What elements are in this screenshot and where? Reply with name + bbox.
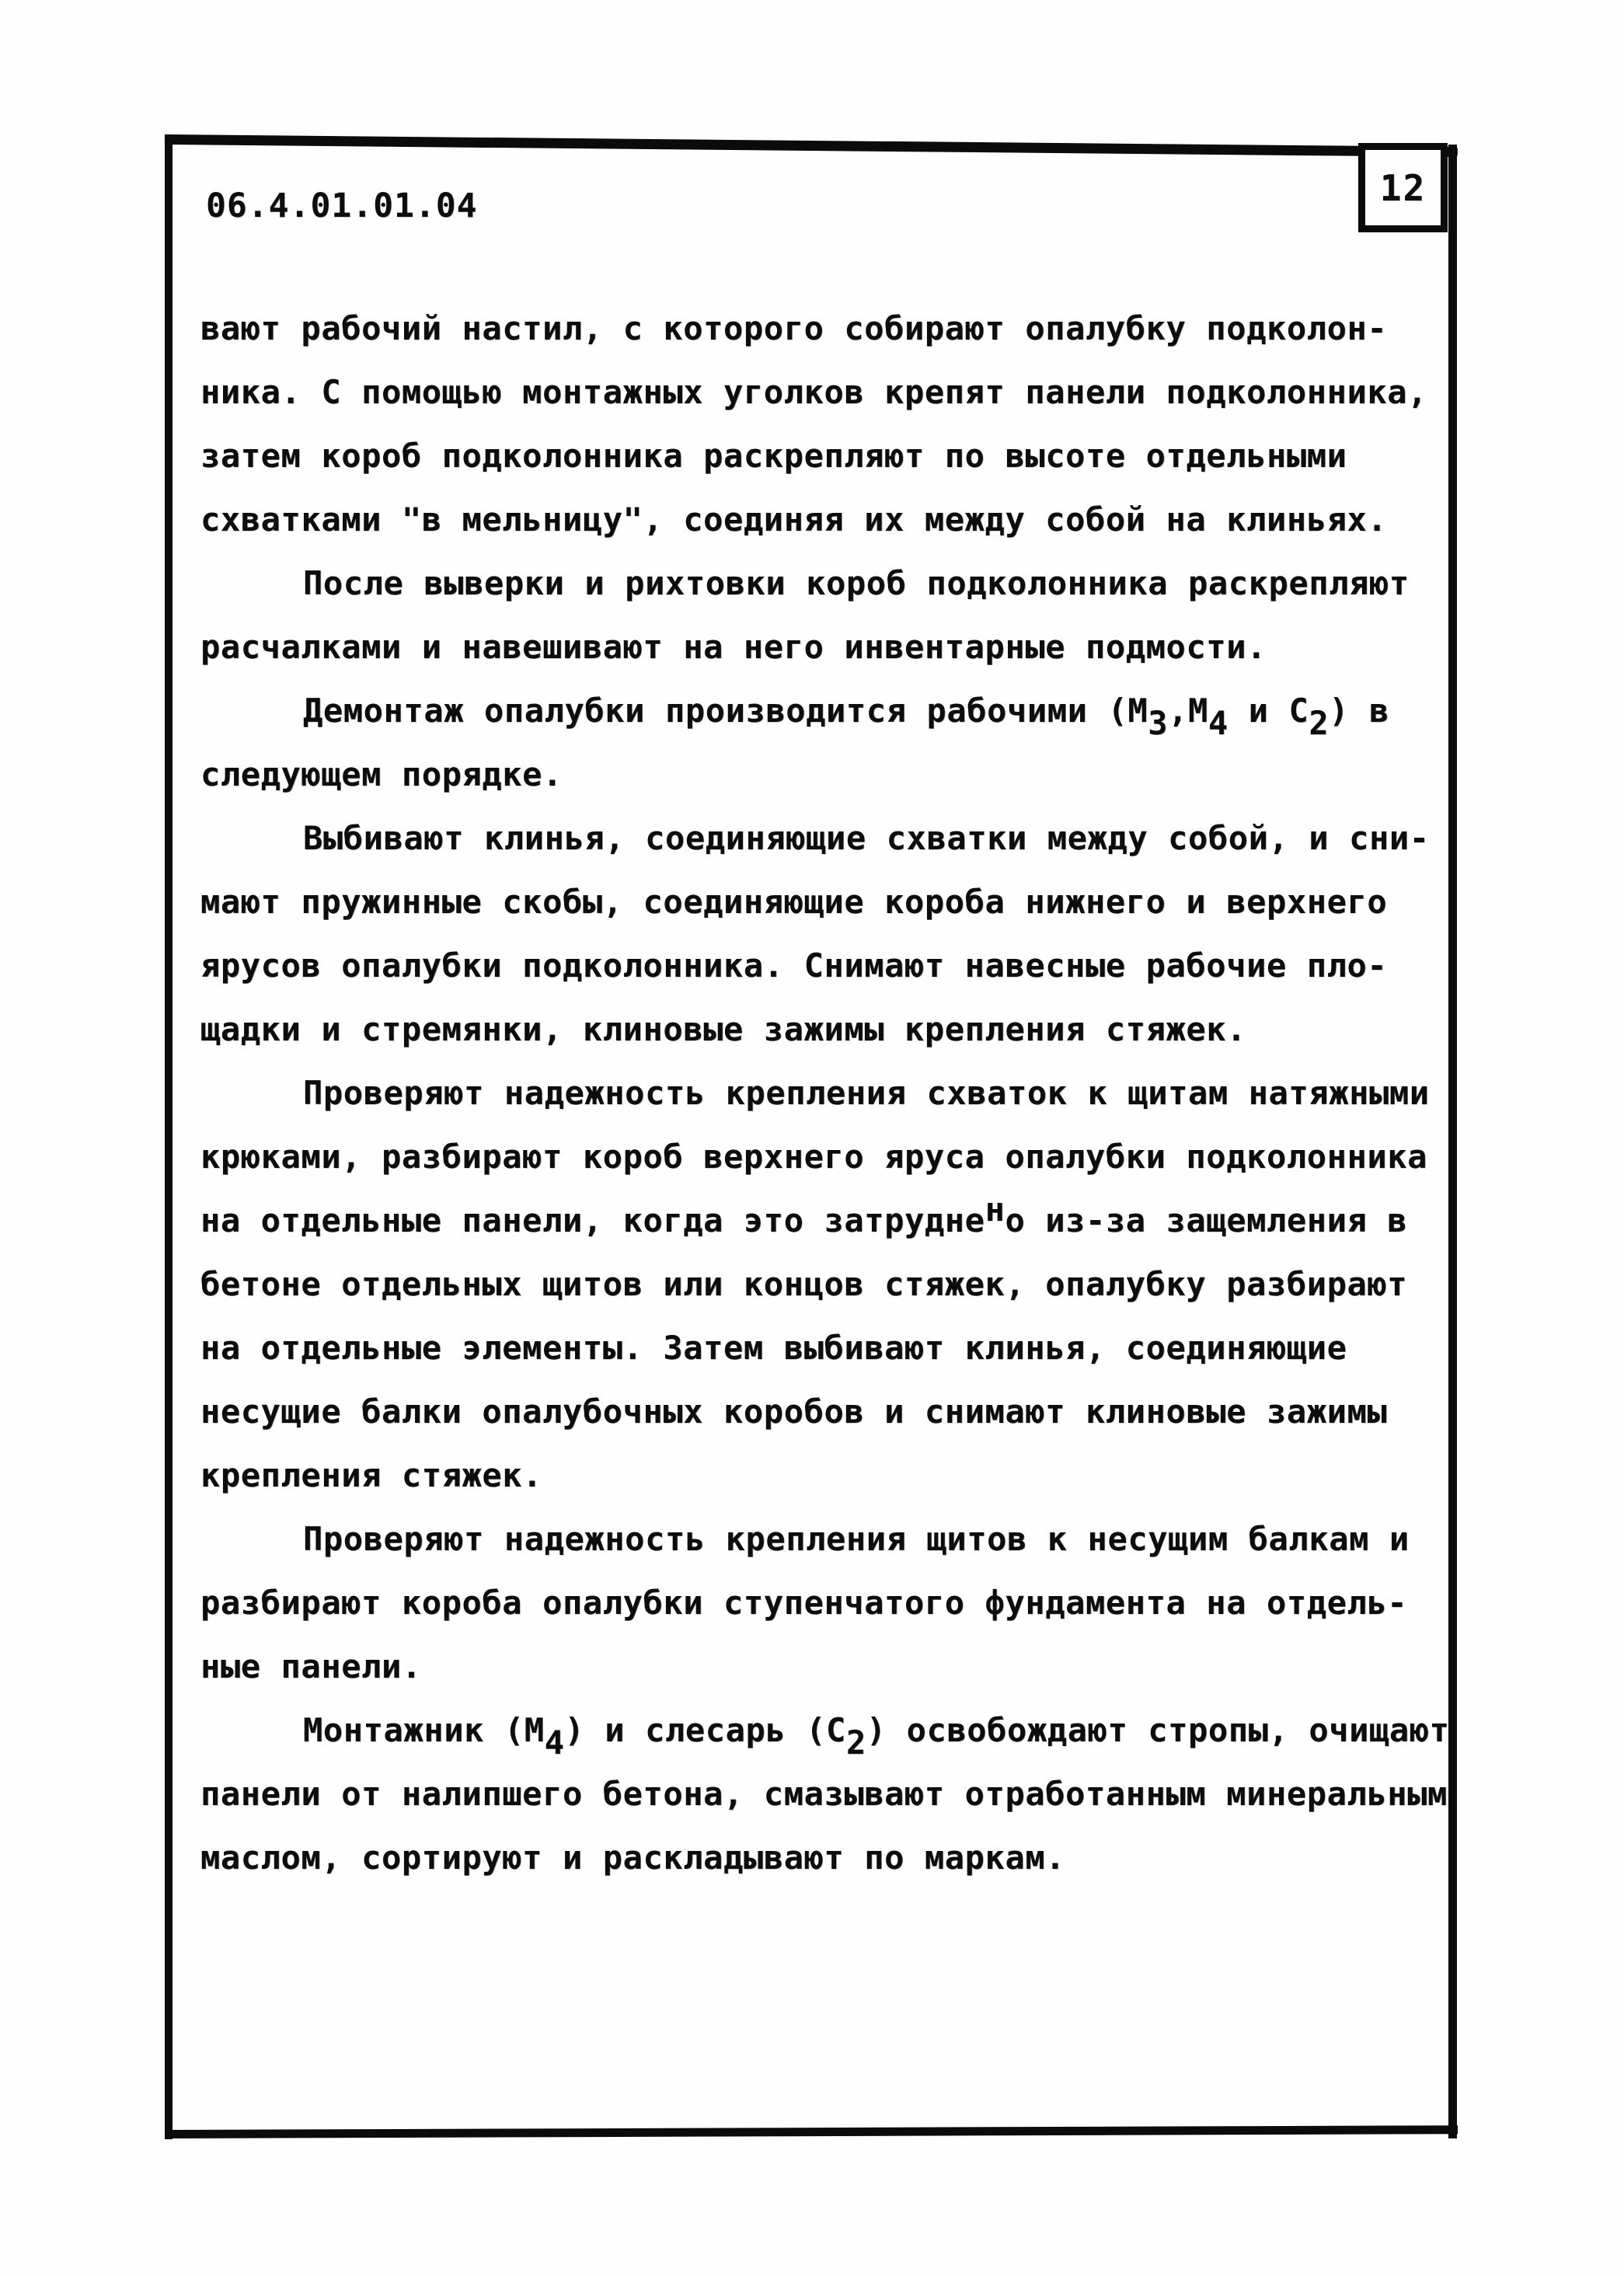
subscript-char: 2 bbox=[846, 1724, 866, 1762]
text-line: крепления стяжек. bbox=[200, 1444, 1459, 1507]
text-line: на отдельные элементы. Затем выбивают кл… bbox=[200, 1316, 1459, 1380]
text-line: Демонтаж опалубки производится рабочими … bbox=[200, 679, 1459, 743]
text-line: схватками "в мельницу", соединяя их межд… bbox=[200, 488, 1459, 552]
superscript-char: н bbox=[985, 1190, 1005, 1229]
text-line: Проверяют надежность крепления схваток к… bbox=[200, 1061, 1459, 1125]
subscript-char: 4 bbox=[1208, 704, 1228, 742]
body-text: вают рабочий настил, с которого собирают… bbox=[200, 297, 1459, 1890]
text-line: затем короб подколонника раскрепляют по … bbox=[200, 424, 1459, 488]
text-line: панели от налипшего бетона, смазывают от… bbox=[200, 1762, 1459, 1826]
page-frame-bottom-border bbox=[165, 2125, 1458, 2138]
text-line: После выверки и рихтовки короб подколонн… bbox=[200, 552, 1459, 615]
text-line: бетоне отдельных щитов или концов стяжек… bbox=[200, 1253, 1459, 1316]
page-number-box: 12 bbox=[1358, 143, 1448, 232]
subscript-char: 3 bbox=[1148, 704, 1168, 742]
subscript-char: 2 bbox=[1309, 704, 1329, 742]
text-line: несущие балки опалубочных коробов и сним… bbox=[200, 1380, 1459, 1444]
text-line: вают рабочий настил, с которого собирают… bbox=[200, 297, 1459, 361]
subscript-char: 4 bbox=[545, 1724, 565, 1762]
document-code: 06.4.01.01.04 bbox=[206, 186, 478, 225]
page-number: 12 bbox=[1380, 167, 1426, 209]
text-line: Монтажник (М4) и слесарь (С2) освобождаю… bbox=[200, 1699, 1459, 1762]
page-frame-left-border bbox=[165, 134, 173, 2139]
text-line: мают пружинные скобы, соединяющие короба… bbox=[200, 870, 1459, 934]
text-line: ника. С помощью монтажных уголков крепят… bbox=[200, 361, 1459, 424]
text-line: маслом, сортируют и раскладывают по марк… bbox=[200, 1826, 1459, 1890]
page-frame-top-border bbox=[165, 134, 1458, 157]
text-line: крюками, разбирают короб верхнего яруса … bbox=[200, 1125, 1459, 1189]
scanned-page: 06.4.01.01.04 12 вают рабочий настил, с … bbox=[0, 0, 1624, 2276]
text-line: следующем порядке. bbox=[200, 743, 1459, 807]
text-line: на отдельные панели, когда это затруднен… bbox=[200, 1189, 1459, 1253]
text-line: ные панели. bbox=[200, 1635, 1459, 1699]
text-line: щадки и стремянки, клиновые зажимы крепл… bbox=[200, 998, 1459, 1061]
text-line: Проверяют надежность крепления щитов к н… bbox=[200, 1507, 1459, 1571]
text-line: Выбивают клинья, соединяющие схватки меж… bbox=[200, 807, 1459, 870]
text-line: расчалками и навешивают на него инвентар… bbox=[200, 615, 1459, 679]
text-line: ярусов опалубки подколонника. Снимают на… bbox=[200, 934, 1459, 998]
text-line: разбирают короба опалубки ступенчатого ф… bbox=[200, 1571, 1459, 1635]
